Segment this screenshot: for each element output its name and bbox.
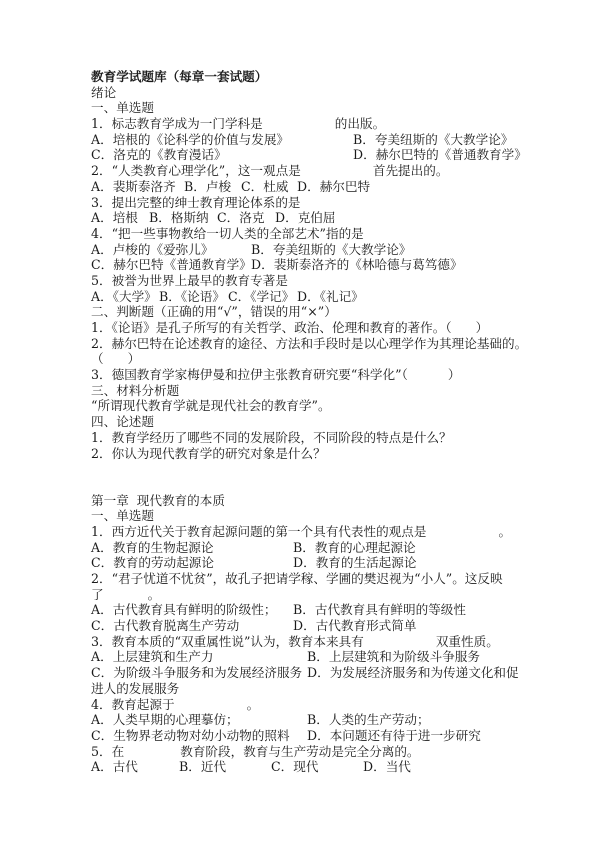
- question-stem: 1．标志教育学成为一门学科是 的出版。: [91, 116, 561, 132]
- option-d: D．《礼记》: [297, 289, 364, 305]
- option-b: B．人类的生产劳动；: [307, 712, 430, 728]
- material-analysis-text: “所谓现代教育学就是现代社会的教育学”。: [91, 398, 561, 414]
- essay-item: 1．教育学经历了哪些不同的发展阶段，不同阶段的特点是什么？: [91, 430, 561, 446]
- option-a: A．卢梭的《爱弥儿》: [91, 242, 251, 258]
- option-row: A．卢梭的《爱弥儿》 B．夸美纽斯的《大教学论》: [91, 242, 561, 258]
- option-b: B．教育的心理起源论: [293, 540, 416, 556]
- option-b: B．《论语》: [159, 289, 228, 305]
- option-c: C．教育的劳动起源论: [91, 555, 293, 571]
- option-c: C．现代: [271, 759, 363, 775]
- option-b: B．夸美纽斯的《大教学论》: [251, 242, 411, 258]
- section-heading-intro: 绪论: [91, 85, 561, 101]
- option-row: A．裴斯泰洛齐 B．卢梭 C．杜威 D．赫尔巴特: [91, 179, 561, 195]
- option-b: B．格斯纳: [149, 210, 217, 226]
- option-d: D．赫尔巴特的《普通教育学》: [353, 147, 527, 163]
- option-d: D．当代: [363, 759, 411, 775]
- option-b: B．夸美纽斯的《大教学论》: [353, 132, 513, 148]
- exam-document: 教育学试题库（每章一套试题） 绪论 一、单选题 1．标志教育学成为一门学科是 的…: [91, 69, 561, 775]
- option-c: C．为阶级斗争服务和为发展经济服务: [91, 665, 307, 681]
- option-row: C．教育的劳动起源论 D．教育的生活起源论: [91, 555, 561, 571]
- option-row: C．生物界老动物对幼小动物的照料 D．本问题还有待于进一步研究: [91, 728, 561, 744]
- option-a: A．培根的《论科学的价值与发展》: [91, 132, 353, 148]
- option-a: A．《大学》: [91, 289, 159, 305]
- option-c: C．赫尔巴特《普通教育学》: [91, 257, 251, 273]
- true-false-item: 3．德国教育学家梅伊曼和拉伊主张教育研究要“科学化”（ ）: [91, 367, 561, 383]
- option-row: A．培根的《论科学的价值与发展》 B．夸美纽斯的《大教学论》: [91, 132, 561, 148]
- true-false-item: 2．赫尔巴特在论述教育的途径、方法和手段时是以心理学作为其理论基础的。: [91, 336, 561, 352]
- option-d: D．克伯屈: [275, 210, 335, 226]
- option-b: B．卢梭: [184, 179, 241, 195]
- essay-item: 2．你认为现代教育学的研究对象是什么？: [91, 446, 561, 462]
- question-stem: 4．“把一些事物教给一切人类的全部艺术”指的是: [91, 226, 561, 242]
- question-stem: 5．被誉为世界上最早的教育专著是: [91, 273, 561, 289]
- option-c: C．洛克的《教育漫话》: [91, 147, 353, 163]
- option-row: A．教育的生物起源论 B．教育的心理起源论: [91, 540, 561, 556]
- question-stem: 2．“君子忧道不忧贫”，故孔子把请学稼、学圃的樊迟视为“小人”。这反映: [91, 571, 561, 587]
- question-stem: 3．教育本质的“双重属性说”认为，教育本来具有 双重性质。: [91, 634, 561, 650]
- option-row: A．培根 B．格斯纳 C．洛克 D．克伯屈: [91, 210, 561, 226]
- true-false-item: 1．《论语》是孔子所写的有关哲学、政治、伦理和教育的著作。（ ）: [91, 320, 561, 336]
- option-d: D．本问题还有待于进一步研究: [307, 728, 481, 744]
- option-d: D．教育的生活起源论: [293, 555, 416, 571]
- option-row: A．上层建筑和生产力 B．上层建筑和为阶级斗争服务: [91, 649, 561, 665]
- option-row: A．人类早期的心理摹仿； B．人类的生产劳动；: [91, 712, 561, 728]
- question-stem-cont: 了 。: [91, 587, 561, 603]
- option-c: C．古代教育脱离生产劳动: [91, 618, 293, 634]
- option-d: D．裴斯泰洛齐的《林哈德与葛笃德》: [251, 257, 463, 273]
- spacer: [91, 461, 561, 477]
- option-c: C．生物界老动物对幼小动物的照料: [91, 728, 307, 744]
- essay-heading: 四、论述题: [91, 414, 561, 430]
- chapter-heading: 第一章 现代教育的本质: [91, 493, 561, 509]
- option-d: D．为发展经济服务和为传递文化和促: [307, 665, 519, 681]
- material-analysis-heading: 三、材料分析题: [91, 383, 561, 399]
- option-b: B．近代: [179, 759, 271, 775]
- question-stem: 1．西方近代关于教育起源问题的第一个具有代表性的观点是 。: [91, 524, 561, 540]
- option-row: A．古代 B．近代 C．现代 D．当代: [91, 759, 561, 775]
- single-choice-heading: 一、单选题: [91, 508, 561, 524]
- option-row: C．赫尔巴特《普通教育学》 D．裴斯泰洛齐的《林哈德与葛笃德》: [91, 257, 561, 273]
- option-c: C．《学记》: [228, 289, 297, 305]
- option-a: A．古代: [91, 759, 179, 775]
- option-b: B．古代教育具有鲜明的等级性: [293, 602, 466, 618]
- option-a: A．教育的生物起源论: [91, 540, 293, 556]
- option-a: A．人类早期的心理摹仿；: [91, 712, 307, 728]
- document-title: 教育学试题库（每章一套试题）: [91, 69, 561, 85]
- option-row: A．古代教育具有鲜明的阶级性； B．古代教育具有鲜明的等级性: [91, 602, 561, 618]
- option-d: D．古代教育形式简单: [293, 618, 416, 634]
- true-false-heading: 二、判断题（正确的用“√”，错误的用“×”）: [91, 304, 561, 320]
- option-row: C．洛克的《教育漫话》 D．赫尔巴特的《普通教育学》: [91, 147, 561, 163]
- question-stem: 4．教育起源于 。: [91, 697, 561, 713]
- option-row: C．古代教育脱离生产劳动 D．古代教育形式简单: [91, 618, 561, 634]
- option-cont: 进人的发展服务: [91, 681, 561, 697]
- true-false-item-cont: （ ）: [91, 351, 561, 367]
- option-d: D．赫尔巴特: [297, 179, 370, 195]
- option-row: C．为阶级斗争服务和为发展经济服务 D．为发展经济服务和为传递文化和促: [91, 665, 561, 681]
- option-a: A．上层建筑和生产力: [91, 649, 307, 665]
- option-b: B．上层建筑和为阶级斗争服务: [307, 649, 480, 665]
- option-a: A．裴斯泰洛齐: [91, 179, 184, 195]
- spacer: [91, 477, 561, 493]
- question-stem: 3．提出完整的绅士教育理论体系的是: [91, 195, 561, 211]
- option-a: A．古代教育具有鲜明的阶级性；: [91, 602, 293, 618]
- option-a: A．培根: [91, 210, 149, 226]
- question-stem: 2．“人类教育心理学化”，这一观点是 首先提出的。: [91, 163, 561, 179]
- option-c: C．洛克: [217, 210, 275, 226]
- question-stem: 5．在 教育阶段，教育与生产劳动是完全分离的。: [91, 744, 561, 760]
- single-choice-heading: 一、单选题: [91, 100, 561, 116]
- option-row: A．《大学》 B．《论语》 C．《学记》 D．《礼记》: [91, 289, 561, 305]
- option-c: C．杜威: [241, 179, 297, 195]
